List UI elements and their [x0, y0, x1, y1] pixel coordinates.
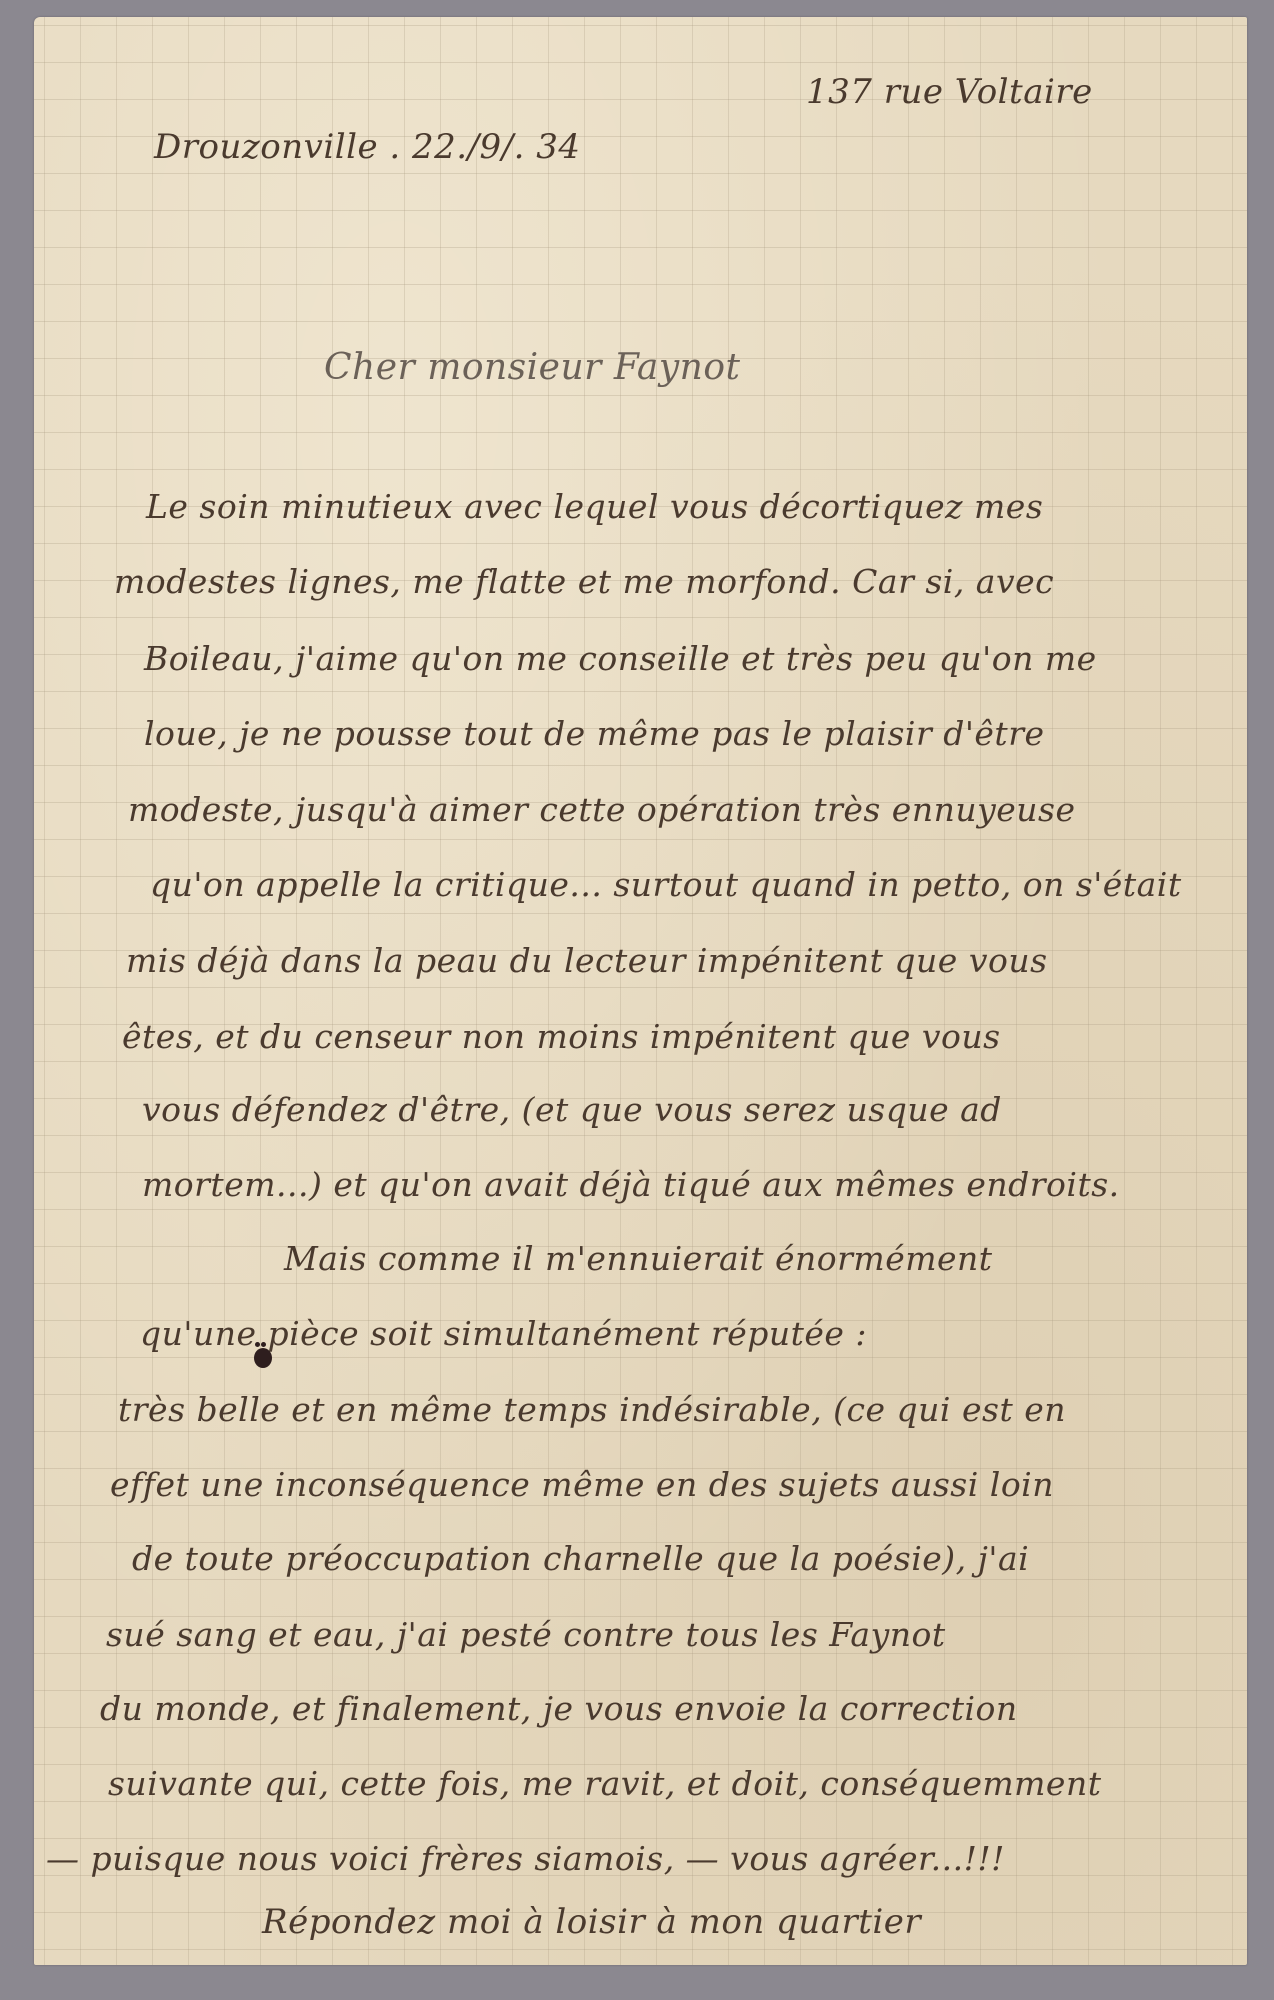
body-line: suivante qui, cette fois, me ravit, et d…	[108, 1764, 1101, 1803]
body-line: effet une inconséquence même en des suje…	[110, 1465, 1054, 1504]
body-line: Le soin minutieux avec lequel vous décor…	[146, 487, 1043, 526]
body-line: — puisque nous voici frères siamois, — v…	[46, 1839, 1005, 1878]
salutation: Cher monsieur Faynot	[324, 347, 740, 388]
body-line: de toute préoccupation charnelle que la …	[132, 1539, 1029, 1578]
letter-page: 137 rue Voltaire Drouzonville . 22./9/. …	[34, 17, 1247, 1965]
body-line: du monde, et finalement, je vous envoie …	[100, 1689, 1018, 1728]
body-line: très belle et en même temps indésirable,…	[118, 1390, 1066, 1429]
body-line: mortem...) et qu'on avait déjà tiqué aux…	[142, 1165, 1120, 1204]
closing-line: Répondez moi à loisir à mon quartier	[262, 1902, 921, 1942]
sender-address: 137 rue Voltaire	[806, 72, 1093, 112]
body-line: modeste, jusqu'à aimer cette opération t…	[128, 790, 1076, 829]
ink-blot	[254, 1348, 272, 1368]
body-line: sué sang et eau, j'ai pesté contre tous …	[106, 1615, 946, 1654]
body-line: êtes, et du censeur non moins impénitent…	[122, 1017, 1001, 1056]
body-line: Mais comme il m'ennuierait énormément	[284, 1239, 993, 1278]
body-line: mis déjà dans la peau du lecteur impénit…	[126, 941, 1048, 980]
body-line: modestes lignes, me flatte et me morfond…	[114, 562, 1054, 601]
body-line: loue, je ne pousse tout de même pas le p…	[144, 714, 1045, 753]
body-line: qu'une pièce soit simultanément réputée …	[140, 1314, 867, 1353]
body-line: qu'on appelle la critique... surtout qua…	[150, 865, 1182, 904]
place-and-date: Drouzonville . 22./9/. 34	[154, 127, 581, 167]
body-line: vous défendez d'être, (et que vous serez…	[142, 1090, 1002, 1129]
body-line: Boileau, j'aime qu'on me conseille et tr…	[144, 639, 1097, 678]
